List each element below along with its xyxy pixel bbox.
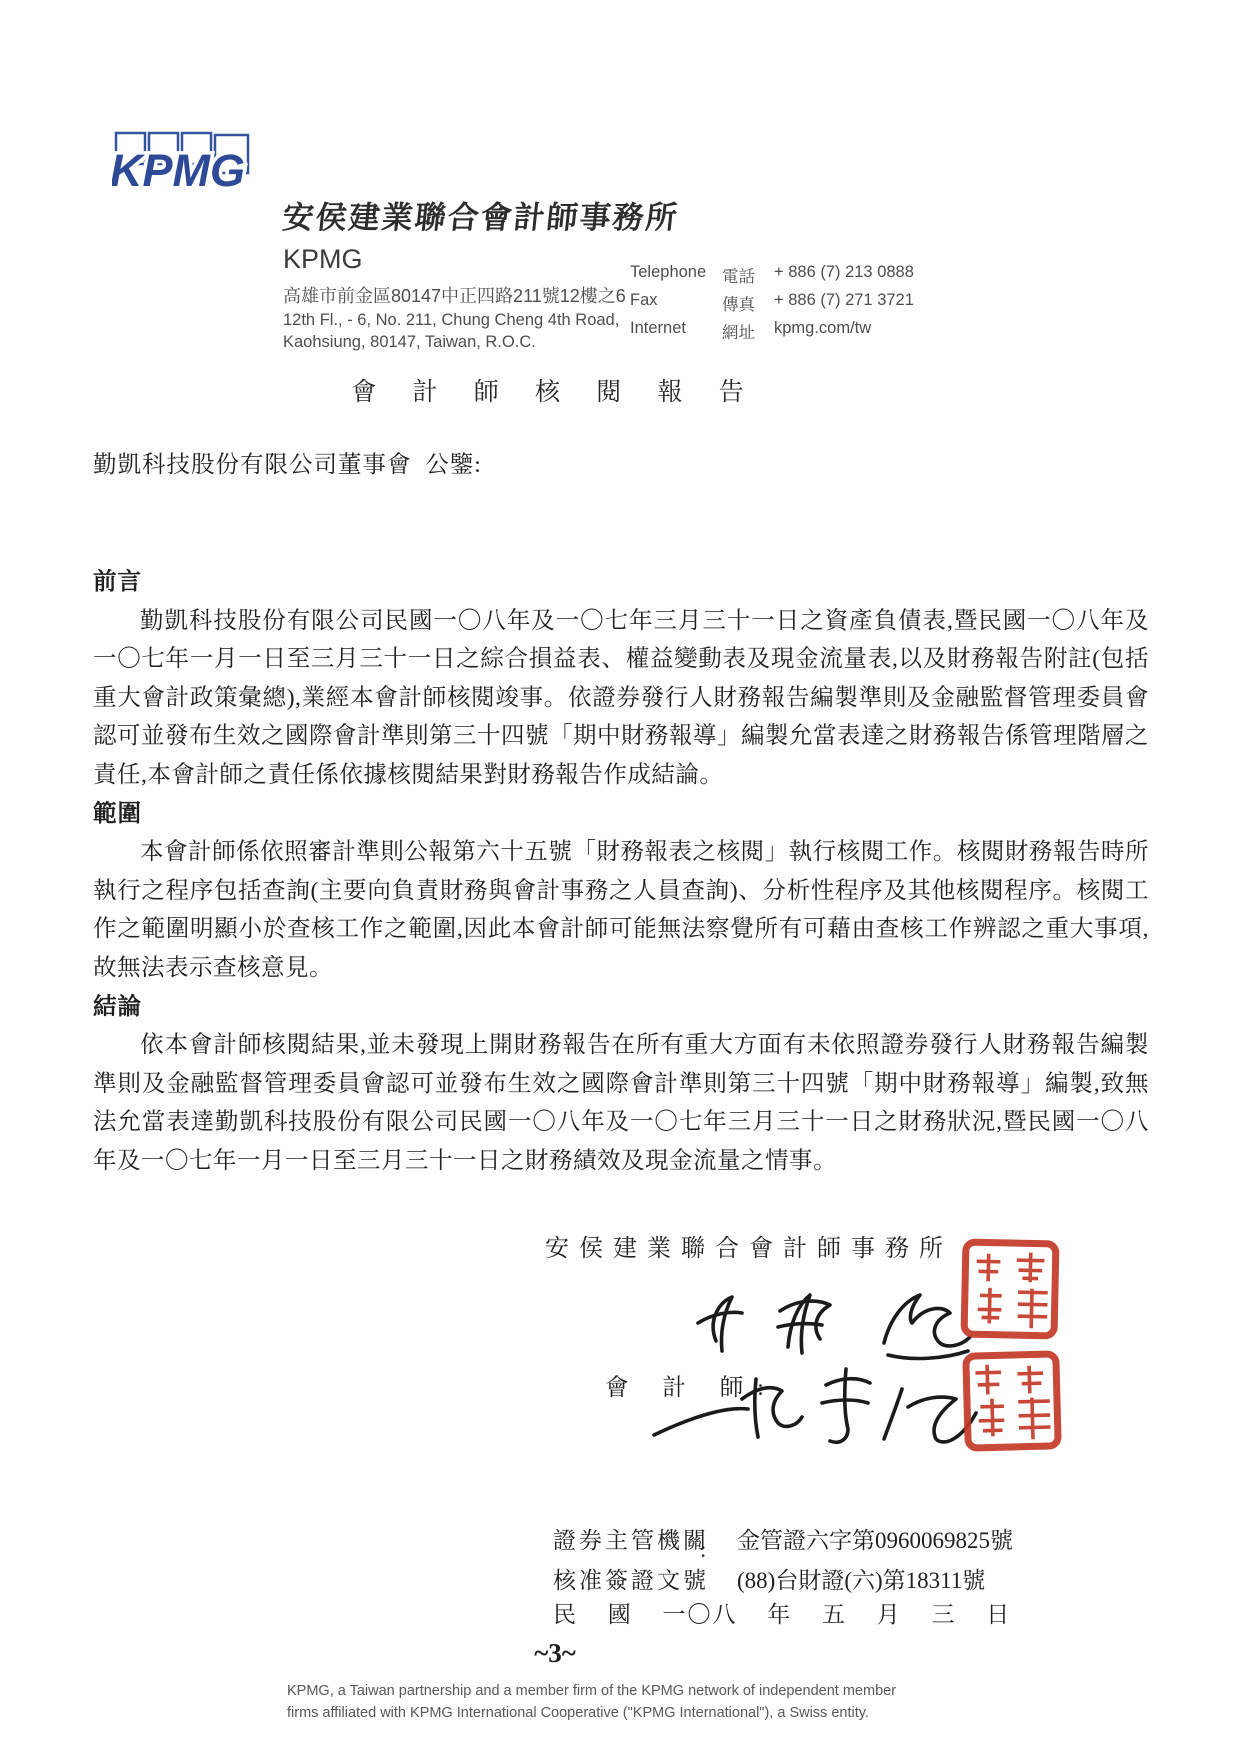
section-paragraph-scope: 本會計師係依照審計準則公報第六十五號「財務報表之核閱」執行核閱工作。核閱財務報告…	[93, 833, 1149, 987]
firm-name-latin: KPMG	[283, 244, 679, 275]
disclaimer-line1: KPMG, a Taiwan partnership and a member …	[287, 1680, 896, 1702]
report-title: 會 計 師 核 閱 報 告	[0, 372, 1110, 408]
telephone-label-en: Telephone	[630, 263, 722, 287]
section-paragraph-preface: 勤凱科技股份有限公司民國一〇八年及一〇七年三月三十一日之資產負債表,暨民國一〇八…	[93, 602, 1149, 795]
internet-value: kpmg.com/tw	[774, 319, 871, 343]
section-heading-scope: 範圍	[93, 795, 1149, 834]
fax-value: + 886 (7) 271 3721	[774, 291, 914, 315]
internet-label-en: Internet	[630, 319, 722, 343]
kpmg-logo-wordmark: KPMG	[112, 145, 245, 196]
telephone-value: + 886 (7) 213 0888	[774, 263, 914, 287]
address-chinese: 高雄市前金區80147中正四路211號12樓之6	[283, 282, 679, 308]
fax-label-en: Fax	[630, 291, 722, 315]
approval-colon: :	[700, 1537, 706, 1563]
address-english-line2: Kaohsiung, 80147, Taiwan, R.O.C.	[283, 333, 679, 352]
contact-block: Telephone 電話 + 886 (7) 213 0888 Fax 傳真 +…	[630, 263, 914, 347]
kpmg-logo: KPMG	[112, 130, 262, 200]
approval-value-line1: 金管證六字第0960069825號	[715, 1522, 1013, 1555]
address-english-line1: 12th Fl., - 6, No. 211, Chung Cheng 4th …	[283, 311, 679, 330]
signature-firm-name: 安侯建業聯合會計師事務所	[545, 1228, 953, 1263]
telephone-label-zh: 電話	[722, 263, 774, 287]
report-date-line: 民 國 一〇八 年 五 月 三 日	[553, 1596, 1011, 1629]
red-seal-2	[961, 1349, 1064, 1454]
approval-value-line2: (88)台財證(六)第18311號	[715, 1562, 985, 1595]
contact-row-telephone: Telephone 電話 + 886 (7) 213 0888	[630, 263, 914, 287]
section-heading-conclusion: 結論	[93, 988, 1149, 1027]
approval-row-2: 核准簽證文號 (88)台財證(六)第18311號	[553, 1562, 1013, 1595]
handwritten-signature-2	[648, 1355, 983, 1457]
firm-header-block: 安侯建業聯合會計師事務所 KPMG 高雄市前金區80147中正四路211號12樓…	[283, 192, 679, 352]
addressee-line: 勤凱科技股份有限公司董事會 公鑒:	[93, 445, 482, 479]
kpmg-disclaimer: KPMG, a Taiwan partnership and a member …	[287, 1680, 896, 1724]
contact-row-internet: Internet 網址 kpmg.com/tw	[630, 319, 914, 343]
section-heading-preface: 前言	[93, 563, 1149, 602]
firm-name-calligraphy: 安侯建業聯合會計師事務所	[281, 192, 682, 237]
approval-row-1: 證券主管機關 金管證六字第0960069825號	[553, 1522, 1013, 1555]
page-number: ~3~	[0, 1638, 1110, 1669]
internet-label-zh: 網址	[722, 319, 774, 343]
document-page: KPMG 安侯建業聯合會計師事務所 KPMG 高雄市前金區80147中正四路21…	[0, 0, 1238, 1753]
contact-row-fax: Fax 傳真 + 886 (7) 271 3721	[630, 291, 914, 315]
section-paragraph-conclusion: 依本會計師核閱結果,並未發現上開財務報告在所有重大方面有未依照證券發行人財務報告…	[93, 1026, 1149, 1180]
approval-block: 證券主管機關 金管證六字第0960069825號 核准簽證文號 (88)台財證(…	[553, 1522, 1013, 1602]
approval-label-line1: 證券主管機關	[553, 1522, 715, 1555]
report-body: 前言 勤凱科技股份有限公司民國一〇八年及一〇七年三月三十一日之資產負債表,暨民國…	[93, 563, 1149, 1181]
fax-label-zh: 傳真	[722, 291, 774, 315]
red-seal-1	[959, 1237, 1061, 1341]
approval-label-line2: 核准簽證文號	[553, 1562, 715, 1595]
disclaimer-line2: firms affiliated with KPMG International…	[287, 1702, 896, 1724]
